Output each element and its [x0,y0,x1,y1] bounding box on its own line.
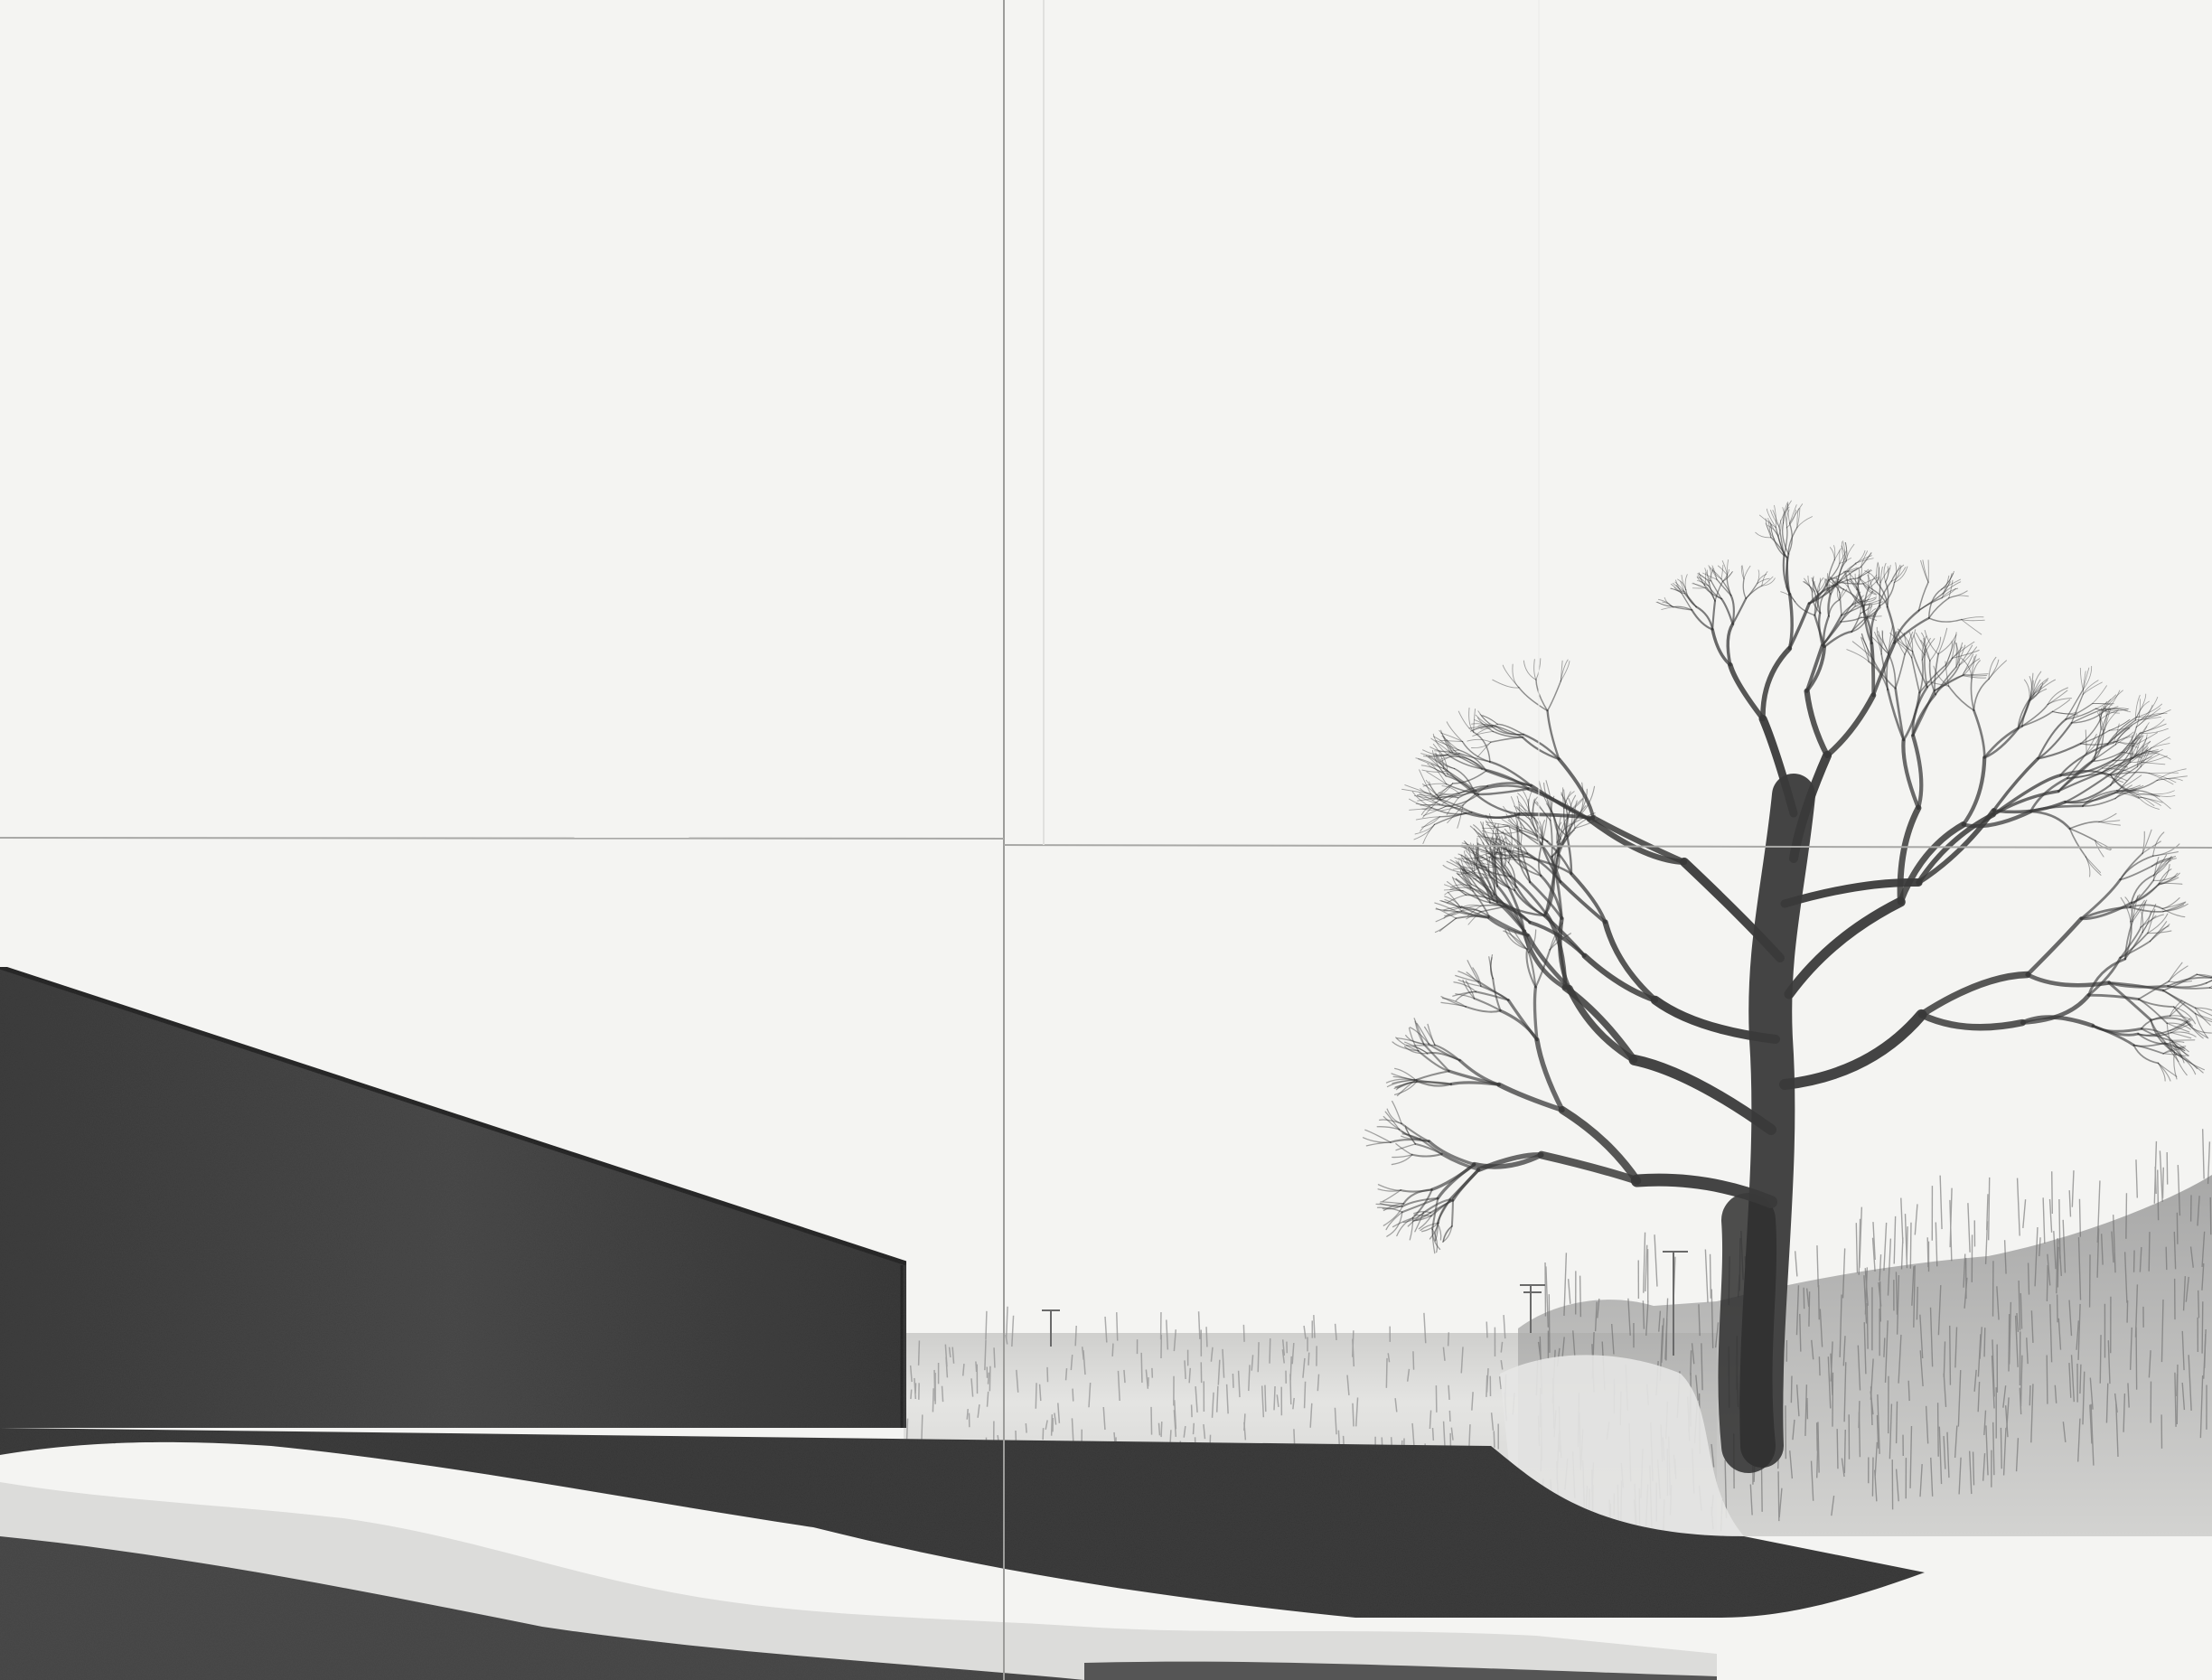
pencil-landscape-drawing: rural landscape with dark barn, shadowed… [0,0,2212,1680]
